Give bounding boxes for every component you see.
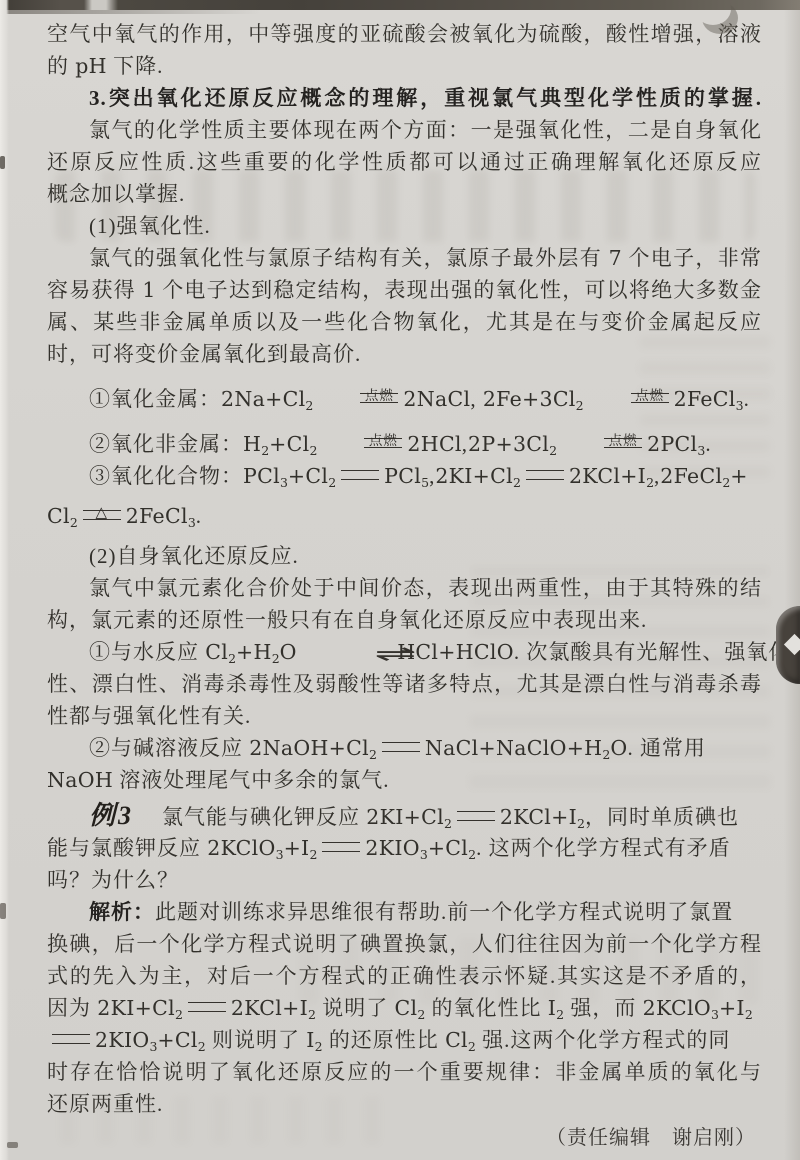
chemical-formula: 2NaCl	[403, 387, 470, 411]
ignition-label: 点燃	[323, 389, 394, 402]
text-line: ①与水反应 Cl2+H2O⇌HCl+HClO. 次氯酸具有光解性、强氧化	[47, 636, 762, 668]
text-run: 氯气的化学性质主要体现在两个方面：一是强氧化性，二是自身氧化	[89, 118, 762, 142]
text-line: ③氧化化合物：PCl3+Cl2PCl5,2KI+Cl22KCl+I2,2FeCl…	[47, 460, 762, 492]
text-line: 性、漂白性、消毒杀毒性及弱酸性等诸多特点，尤其是漂白性与消毒杀毒	[47, 668, 762, 700]
text-line: 空气中氧气的作用，中等强度的亚硫酸会被氧化为硫酸，酸性增强，溶液	[47, 18, 762, 50]
text-line: 3.突出氧化还原反应概念的理解，重视氯气典型化学性质的掌握.	[47, 82, 762, 114]
text-run: 因为	[47, 996, 97, 1020]
reversible-arrow: ⇌	[277, 639, 416, 671]
text-run: 性、漂白性、消毒杀毒性及弱酸性等诸多特点，尤其是漂白性与消毒杀毒	[47, 672, 762, 696]
chemical-formula: 2KI+Cl2	[435, 464, 521, 488]
text-run: 个电子达到稳定结构，表现出强的氧化性，可以将绝大多数金	[156, 278, 762, 302]
scan-left-margin	[0, 0, 9, 1160]
chemical-formula: 2KCl+I2	[500, 805, 585, 829]
chemical-formula: PCl5	[384, 464, 429, 488]
text-run: 属、某些非金属单质以及一些化合物氧化，尤其是在与变价金属起反应	[47, 310, 762, 334]
text-line: ②氧化非金属：H2+Cl2点燃2HCl,2P+3Cl2点燃2PCl3.	[47, 428, 762, 460]
text-run: . 次氯酸具有光解性、强氧化	[514, 640, 791, 664]
text-line: 时，可将变价金属氧化到最高价.	[47, 338, 762, 370]
equals-sign	[341, 470, 379, 480]
chemical-formula: 2KCl+I2	[569, 464, 654, 488]
ignition-label: 点燃	[327, 434, 398, 447]
text-run: . 通常用	[627, 736, 706, 760]
chemical-formula: 1	[142, 278, 155, 302]
bold-text-run: 解析：	[89, 900, 155, 924]
chemical-formula: 2Na+Cl2	[221, 387, 313, 411]
text-run: ②氧化非金属：	[89, 432, 243, 456]
equals-sign	[526, 470, 564, 480]
text-line: (2)自身氧化还原反应.	[47, 540, 762, 572]
chemical-formula: I2	[306, 1028, 322, 1052]
text-run: 时存在恰恰说明了氧化还原反应的一个重要规律：非金属单质的氧化与	[47, 1060, 762, 1084]
text-run: 3.突出氧化还原反应概念的理解，重视氯气典型化学性质的掌握.	[89, 86, 762, 110]
text-line: 的 pH 下降.	[47, 50, 762, 82]
chemical-formula: Cl2	[394, 996, 425, 1020]
chemical-formula: NaOH	[47, 768, 113, 792]
text-run: 性都与强氧化性有关.	[47, 704, 251, 728]
text-run: ,	[470, 387, 483, 411]
text-run: 氯气能与碘化钾反应	[140, 805, 366, 829]
text-run: ，同时单质碘也	[585, 805, 739, 829]
ignition-equals: 点燃	[317, 428, 407, 460]
text-line: 构，氯元素的还原性一般只有在自身氧化还原反应中表现出来.	[47, 604, 762, 636]
text-run: (2)自身氧化还原反应.	[89, 544, 299, 568]
text-run: 说明了	[316, 996, 395, 1020]
text-line: (1)强氧化性.	[47, 210, 762, 242]
equals-sign	[382, 742, 420, 752]
chemical-formula: 2Fe+3Cl2	[483, 387, 584, 411]
text-run: 换碘，后一个化学方程式说明了碘置换氯，人们往往因为前一个化学方程	[47, 932, 762, 956]
scan-speck	[0, 903, 6, 919]
chemical-formula: 2P+3Cl2	[468, 432, 557, 456]
text-line: 吗？为什么？	[47, 864, 762, 896]
equals-sign	[52, 1034, 90, 1044]
equals-sign	[457, 811, 495, 821]
example-label: 例3	[89, 801, 134, 830]
equals-sign	[188, 1002, 226, 1012]
ignition-equals: 点燃	[313, 383, 403, 415]
text-run: 容易获得	[47, 278, 142, 302]
binder-hole-shadow	[776, 606, 800, 684]
page-text: 空气中氧气的作用，中等强度的亚硫酸会被氧化为硫酸，酸性增强，溶液的 pH 下降.…	[47, 18, 762, 1154]
text-line: 换碘，后一个化学方程式说明了碘置换氯，人们往往因为前一个化学方程	[47, 928, 762, 960]
chemical-formula: 2KCl+I2	[231, 996, 316, 1020]
scan-speck	[7, 1142, 18, 1148]
text-run: 溶液处理尾气中多余的氯气.	[113, 768, 390, 792]
text-run: .	[196, 504, 202, 528]
text-run: 能与氯酸钾反应	[47, 836, 207, 860]
text-run: 强.这两个化学方程式的同	[476, 1028, 731, 1052]
text-line: 氯气的强氧化性与氯原子结构有关，氯原子最外层有 7 个电子，非常	[47, 242, 762, 274]
text-run: 此题对训练求异思维很有帮助.前一个化学方程式说明了氯置	[155, 900, 733, 924]
text-run: 氯气中氯元素化合价处于中间价态，表现出两重性，由于其特殊的结	[89, 576, 762, 600]
text-run: 个电子，非常	[622, 246, 762, 270]
chemical-formula: PCl3+Cl2	[243, 464, 336, 488]
ignition-equals: 点燃	[584, 383, 674, 415]
chemical-formula: NaCl+NaClO+H2O	[425, 736, 628, 760]
text-line: 时存在恰恰说明了氧化还原反应的一个重要规律：非金属单质的氧化与	[47, 1056, 762, 1088]
text-run: . 这两个化学方程式有矛盾	[476, 836, 731, 860]
scan-right-shadow	[784, 0, 800, 1160]
chemical-formula: H2+Cl2	[243, 432, 317, 456]
scanned-page: 空气中氧气的作用，中等强度的亚硫酸会被氧化为硫酸，酸性增强，溶液的 pH 下降.…	[0, 0, 800, 1160]
chemical-formula: Cl2	[445, 1028, 476, 1052]
text-line: 能与氯酸钾反应 2KClO3+I22KIO3+Cl2. 这两个化学方程式有矛盾	[47, 832, 762, 864]
text-run: 则说明了	[206, 1028, 307, 1052]
text-run: .	[744, 387, 750, 411]
text-line: ①氧化金属：2Na+Cl2点燃2NaCl, 2Fe+3Cl2点燃2FeCl3.	[47, 383, 762, 415]
text-line: 式的先入为主，对后一个方程式的正确性表示怀疑.其实这是不矛盾的，	[47, 960, 762, 992]
text-line: 属、某些非金属单质以及一些化合物氧化，尤其是在与变价金属起反应	[47, 306, 762, 338]
editor-credit: （责任编辑 谢启刚）	[47, 1122, 762, 1154]
ignition-equals: 点燃	[557, 428, 647, 460]
text-line: 因为 2KI+Cl22KCl+I2 说明了 Cl2 的氧化性比 I2 强，而 2…	[47, 992, 762, 1024]
text-run: 强，而	[564, 996, 643, 1020]
text-run: ②与碱溶液反应	[89, 736, 249, 760]
chemical-formula: Cl2	[47, 504, 78, 528]
text-run: 的氧化性比	[425, 996, 548, 1020]
text-run: 氯气的强氧化性与氯原子结构有关，氯原子最外层有	[89, 246, 609, 270]
ignition-label: 点燃	[593, 389, 664, 402]
chemical-formula: 2FeCl2+	[660, 464, 747, 488]
chemical-formula: I2	[548, 996, 564, 1020]
text-line: 还原两重性.	[47, 1088, 762, 1120]
text-run: 的还原性比	[323, 1028, 446, 1052]
text-run: 的	[47, 54, 75, 78]
text-run: 构，氯元素的还原性一般只有在自身氧化还原反应中表现出来.	[47, 608, 647, 632]
chemical-formula: 2PCl3	[647, 432, 705, 456]
text-line: 性都与强氧化性有关.	[47, 700, 762, 732]
text-run: 还原反应性质.这些重要的化学性质都可以通过正确理解氧化还原反应	[47, 150, 762, 174]
text-run: 时，可将变价金属氧化到最高价.	[47, 342, 361, 366]
text-run: 式的先入为主，对后一个方程式的正确性表示怀疑.其实这是不矛盾的，	[47, 964, 762, 988]
chemical-formula: 2FeCl3	[126, 504, 196, 528]
text-line: 还原反应性质.这些重要的化学性质都可以通过正确理解氧化还原反应	[47, 146, 762, 178]
equals-sign	[322, 842, 360, 852]
chemical-formula: 2KClO3+I2	[207, 836, 317, 860]
chemical-formula: pH	[75, 54, 107, 78]
text-line: NaOH 溶液处理尾气中多余的氯气.	[47, 764, 762, 796]
scan-speck	[0, 156, 5, 169]
text-run: 概念加以掌握.	[47, 182, 185, 206]
ignition-label: 点燃	[567, 434, 638, 447]
chemical-formula: 2KIO3+Cl2	[95, 1028, 206, 1052]
text-line: Cl2△2FeCl3.	[47, 500, 762, 532]
chemical-formula: 2KI+Cl2	[366, 805, 452, 829]
chemical-formula: 7	[609, 246, 622, 270]
page-curl-mark	[702, 2, 738, 34]
text-line: 氯气的化学性质主要体现在两个方面：一是强氧化性，二是自身氧化	[47, 114, 762, 146]
text-line: 2KIO3+Cl2 则说明了 I2 的还原性比 Cl2 强.这两个化学方程式的同	[47, 1024, 762, 1056]
text-line: 概念加以掌握.	[47, 178, 762, 210]
text-line: 容易获得 1 个电子达到稳定结构，表现出强的氧化性，可以将绝大多数金	[47, 274, 762, 306]
delta-equals: △	[78, 500, 126, 532]
text-line: ②与碱溶液反应 2NaOH+Cl2NaCl+NaClO+H2O. 通常用	[47, 732, 762, 764]
text-run: ③氧化化合物：	[89, 464, 243, 488]
chemical-formula: 2KIO3+Cl2	[365, 836, 476, 860]
example-3: 例3 氯气能与碘化钾反应 2KI+Cl22KCl+I2，同时单质碘也	[47, 800, 762, 832]
text-run: ①氧化金属：	[89, 387, 221, 411]
text-line: 解析：此题对训练求异思维很有帮助.前一个化学方程式说明了氯置	[47, 896, 762, 928]
chemical-formula: 2KI+Cl2	[97, 996, 183, 1020]
text-run: .	[705, 432, 711, 456]
text-run: 还原两重性.	[47, 1092, 163, 1116]
text-run: （责任编辑 谢启刚）	[546, 1127, 756, 1149]
text-run: (1)强氧化性.	[89, 214, 211, 238]
chemical-formula: 2NaOH+Cl2	[249, 736, 377, 760]
text-run: 空气中氧气的作用，中等强度的亚硫酸会被氧化为硫酸，酸性增强，溶液	[47, 22, 762, 46]
chemical-formula: 2KClO3+I2	[643, 996, 753, 1020]
delta-symbol: △	[96, 507, 109, 520]
text-run: ①与水反应	[89, 640, 205, 664]
scan-edge-band	[0, 0, 800, 10]
text-line: 氯气中氯元素化合价处于中间价态，表现出两重性，由于其特殊的结	[47, 572, 762, 604]
scan-edge-band	[0, 10, 260, 14]
text-run: 下降.	[107, 54, 164, 78]
chemical-formula: 2HCl	[407, 432, 461, 456]
text-run: 吗？为什么？	[47, 868, 179, 892]
chemical-formula: 2FeCl3	[674, 387, 744, 411]
